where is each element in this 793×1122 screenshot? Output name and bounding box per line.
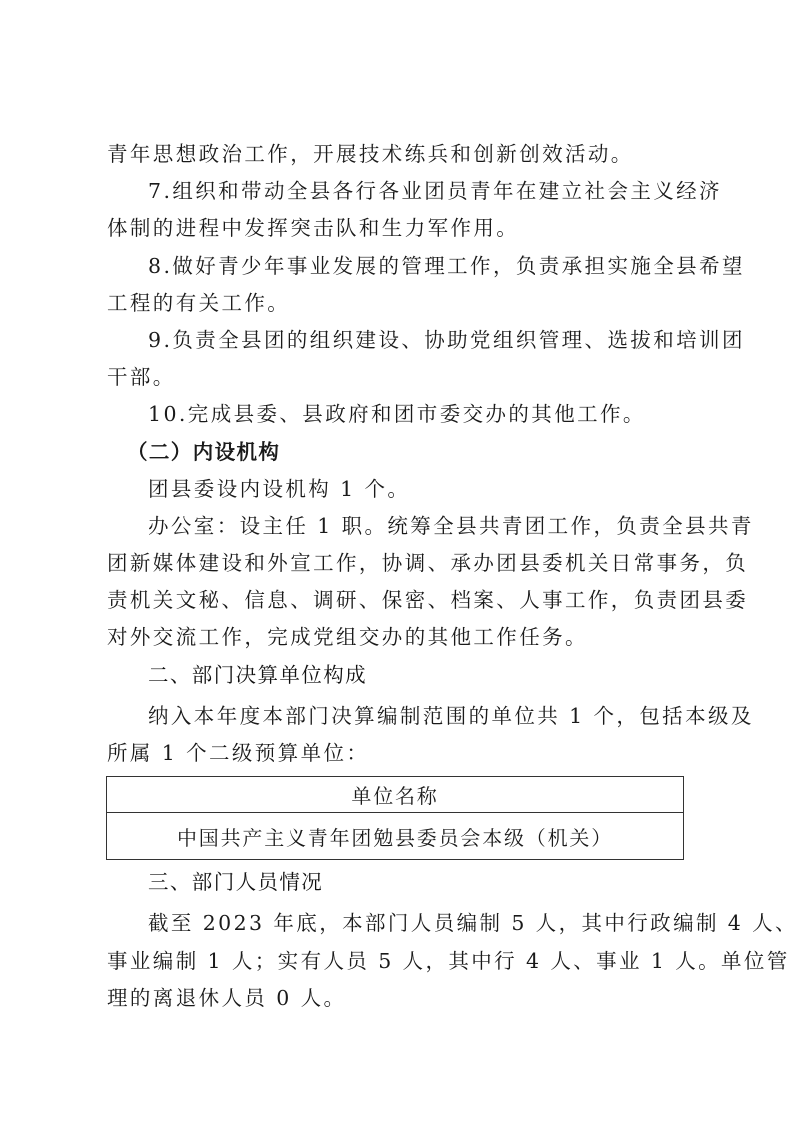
section-heading-units: 二、部门决算单位构成 bbox=[107, 657, 687, 694]
paragraph-line: 办公室：设主任 1 职。统筹全县共青团工作，负责全县共青 bbox=[107, 508, 687, 545]
paragraph-line: 所属 1 个二级预算单位： bbox=[107, 735, 687, 772]
paragraph-line: 团新媒体建设和外宣工作，协调、承办团县委机关日常事务，负 bbox=[107, 545, 687, 582]
units-table-cell: 中国共产主义青年团勉县委员会本级（机关） bbox=[107, 813, 684, 860]
paragraph-line: 理的离退休人员 0 人。 bbox=[107, 980, 687, 1017]
units-table-header: 单位名称 bbox=[107, 777, 684, 813]
paragraph-line: 10.完成县委、县政府和团市委交办的其他工作。 bbox=[107, 396, 687, 433]
paragraph-line: 事业编制 1 人；实有人员 5 人，其中行 4 人、事业 1 人。单位管 bbox=[107, 943, 687, 980]
document-page: 青年思想政治工作，开展技术练兵和创新创效活动。 7.组织和带动全县各行各业团员青… bbox=[107, 136, 687, 1017]
paragraph-line: 截至 2023 年底，本部门人员编制 5 人，其中行政编制 4 人、 bbox=[107, 905, 687, 942]
paragraph-line: 团县委设内设机构 1 个。 bbox=[107, 471, 687, 508]
paragraph-line: 9.负责全县团的组织建设、协助党组织管理、选拔和培训团 bbox=[107, 322, 687, 359]
paragraph-line: 对外交流工作，完成党组交办的其他工作任务。 bbox=[107, 619, 687, 656]
paragraph-line: 8.做好青少年事业发展的管理工作，负责承担实施全县希望 bbox=[107, 248, 687, 285]
paragraph-line: 青年思想政治工作，开展技术练兵和创新创效活动。 bbox=[107, 136, 687, 173]
paragraph-line: 体制的进程中发挥突击队和生力军作用。 bbox=[107, 210, 687, 247]
paragraph-line: 干部。 bbox=[107, 359, 687, 396]
paragraph-line: 纳入本年度本部门决算编制范围的单位共 1 个，包括本级及 bbox=[107, 698, 687, 735]
section-heading-staff: 三、部门人员情况 bbox=[107, 864, 687, 901]
section-heading-internal-structure: （二）内设机构 bbox=[107, 434, 687, 471]
paragraph-line: 工程的有关工作。 bbox=[107, 285, 687, 322]
paragraph-line: 责机关文秘、信息、调研、保密、档案、人事工作，负责团县委 bbox=[107, 582, 687, 619]
paragraph-line: 7.组织和带动全县各行各业团员青年在建立社会主义经济 bbox=[107, 173, 687, 210]
units-table: 单位名称 中国共产主义青年团勉县委员会本级（机关） bbox=[106, 776, 684, 860]
